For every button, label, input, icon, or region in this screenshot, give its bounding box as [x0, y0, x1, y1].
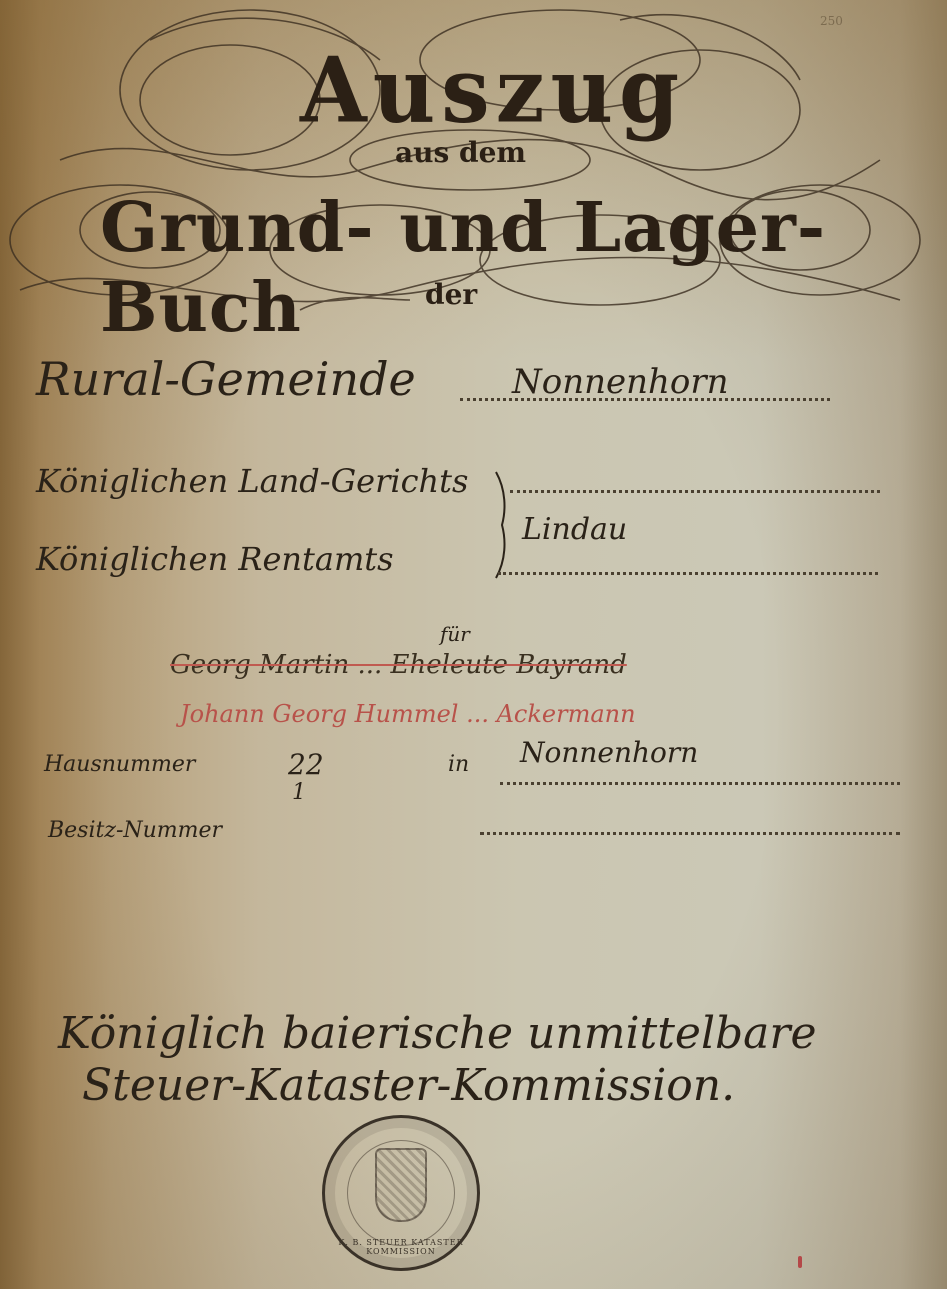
book-name: Grund- und Lager-Buch: [100, 188, 947, 348]
official-seal-stamp: K. B. STEUER KATASTER KOMMISSION: [322, 1115, 480, 1271]
red-ink-mark: [798, 1256, 802, 1268]
dotted-line: [498, 572, 878, 575]
footer-line-2: Steuer-Kataster-Kommission.: [82, 1060, 735, 1111]
field-label-landgericht: Königlichen Land-Gerichts: [36, 462, 468, 500]
red-owner-line: Johann Georg Hummel ... Ackermann: [180, 700, 636, 728]
insertion-fuer: für: [440, 622, 470, 646]
document-subtitle: aus dem: [395, 136, 526, 169]
brace-icon: [492, 470, 512, 580]
field-value-gemeinde: Nonnenhorn: [512, 362, 729, 402]
seal-text: K. B. STEUER KATASTER KOMMISSION: [325, 1238, 477, 1256]
coat-of-arms-icon: [375, 1148, 427, 1222]
dotted-line: [460, 398, 830, 401]
dotted-line: [500, 782, 900, 785]
house-number-value: 22: [288, 748, 324, 781]
document-page: 250 Auszug aus dem Grund- und Lager-Buch…: [0, 0, 947, 1289]
location-prefix: in: [448, 752, 469, 777]
field-label-rentamt: Königlichen Rentamts: [36, 540, 394, 578]
field-label-besitznummer: Besitz-Nummer: [48, 818, 222, 843]
footer-line-1: Königlich baierische unmittelbare: [58, 1008, 816, 1059]
document-title: Auszug: [300, 37, 685, 143]
struck-owner-line: Georg Martin ... Eheleute Bayrand: [170, 650, 627, 680]
field-value-lindau: Lindau: [522, 512, 627, 547]
field-label-gemeinde: Rural-Gemeinde: [36, 352, 416, 406]
field-label-hausnummer: Hausnummer: [44, 752, 195, 777]
title-connector: der: [425, 278, 477, 311]
dotted-line: [480, 832, 900, 835]
dotted-line: [510, 490, 880, 493]
location-value: Nonnenhorn: [520, 736, 698, 769]
house-number-sub: 1: [292, 780, 306, 805]
